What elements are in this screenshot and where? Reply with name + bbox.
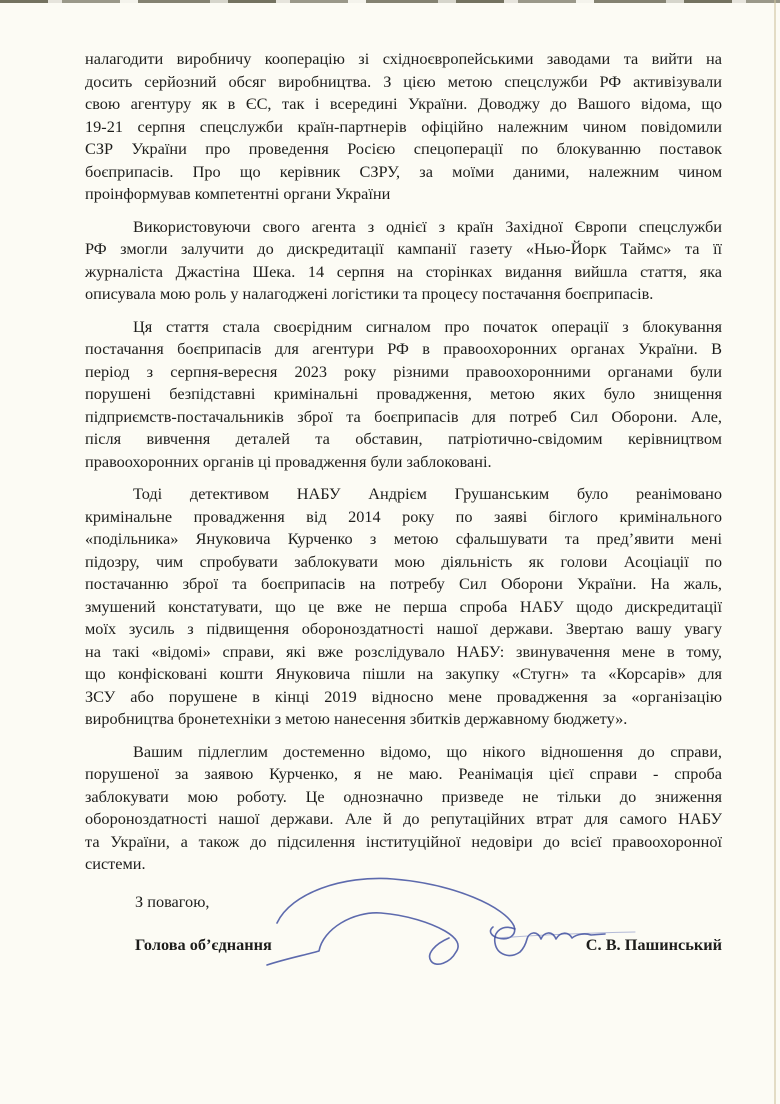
paragraph: Тоді детективом НАБУ Андрієм Грушанським… bbox=[85, 483, 722, 731]
text-line: журналіста Джастіна Шека. 14 серпня на с… bbox=[85, 261, 722, 284]
text-line: кримінальне провадження від 2014 року по… bbox=[85, 506, 722, 529]
text-line: підозру, чим спробувати заблокувати мою … bbox=[85, 551, 722, 574]
text-line: ЗСУ або порушене в кінці 2019 відносно м… bbox=[85, 686, 722, 709]
text-line: Тоді детективом НАБУ Андрієм Грушанським… bbox=[85, 483, 722, 506]
paragraph: Вашим підлеглим достеменно відомо, що ні… bbox=[85, 741, 722, 876]
text-line: системи. bbox=[85, 853, 722, 876]
text-line: досить серйозний обсяг виробництва. З ці… bbox=[85, 71, 722, 94]
text-line: Ця стаття стала своєрідним сигналом про … bbox=[85, 316, 722, 339]
text-line: постачанню зброї та боєприпасів на потре… bbox=[85, 573, 722, 596]
paragraph: Використовуючи свого агента з однієї з к… bbox=[85, 216, 722, 306]
text-line: СЗР України про проведення Росією спецоп… bbox=[85, 138, 722, 161]
text-line: Використовуючи свого агента з однієї з к… bbox=[85, 216, 722, 239]
text-line: боєприпасів. Про що керівник СЗРУ, за мо… bbox=[85, 161, 722, 184]
text-line: порушеної за заявою Курченко, я не маю. … bbox=[85, 763, 722, 786]
signer-role: Голова об’єднання bbox=[85, 934, 272, 957]
text-line: правоохоронних органів ці провадження бу… bbox=[85, 451, 722, 474]
text-line: постачання боєприпасів для агентури РФ в… bbox=[85, 338, 722, 361]
text-line: налагодити виробничу кооперацію зі східн… bbox=[85, 48, 722, 71]
document-page: налагодити виробничу кооперацію зі східн… bbox=[0, 0, 780, 1104]
text-line: 19-21 серпня спецслужби країн-партнерів … bbox=[85, 116, 722, 139]
text-line: та України, а також до підсилення інстит… bbox=[85, 831, 722, 854]
text-line: «подільника» Януковича Курченко з метою … bbox=[85, 528, 722, 551]
text-line: описувала мою роль у налагоджені логісти… bbox=[85, 283, 722, 306]
signature-row: Голова об’єднання С. В. Пашинський bbox=[85, 934, 722, 957]
text-line: свою агентуру як в ЄС, так і всередині У… bbox=[85, 93, 722, 116]
text-line: обороноздатності нашої держави. Але й до… bbox=[85, 808, 722, 831]
text-line: порушені безпідставні кримінальні провад… bbox=[85, 383, 722, 406]
text-line: підприємств-постачальників зброї та боєп… bbox=[85, 406, 722, 429]
text-line: період з серпня-вересня 2023 року різним… bbox=[85, 361, 722, 384]
signer-name: С. В. Пашинський bbox=[586, 934, 722, 957]
paragraph: Ця стаття стала своєрідним сигналом про … bbox=[85, 316, 722, 474]
closing-salutation: З повагою, bbox=[85, 891, 722, 914]
text-line: РФ змогли залучити до дискредитації камп… bbox=[85, 238, 722, 261]
text-line: змушений констатувати, що це вже не перш… bbox=[85, 596, 722, 619]
text-line: після вивчення деталей та обставин, патр… bbox=[85, 428, 722, 451]
text-line: Вашим підлеглим достеменно відомо, що ні… bbox=[85, 741, 722, 764]
text-line: заблокувати мою роботу. Це однозначно пр… bbox=[85, 786, 722, 809]
text-line: що конфісковані кошти Януковича пішли на… bbox=[85, 663, 722, 686]
text-line: проінформував компетентні органи України bbox=[85, 183, 722, 206]
letter-content: налагодити виробничу кооперацію зі східн… bbox=[0, 0, 780, 957]
paragraph: налагодити виробничу кооперацію зі східн… bbox=[85, 48, 722, 206]
letter-body: налагодити виробничу кооперацію зі східн… bbox=[85, 48, 722, 876]
text-line: на такі «відомі» справи, які вже розслід… bbox=[85, 641, 722, 664]
text-line: моїх зусиль з підвищення обороноздатност… bbox=[85, 618, 722, 641]
text-line: виробництва бронетехніки з метою нанесен… bbox=[85, 708, 722, 731]
